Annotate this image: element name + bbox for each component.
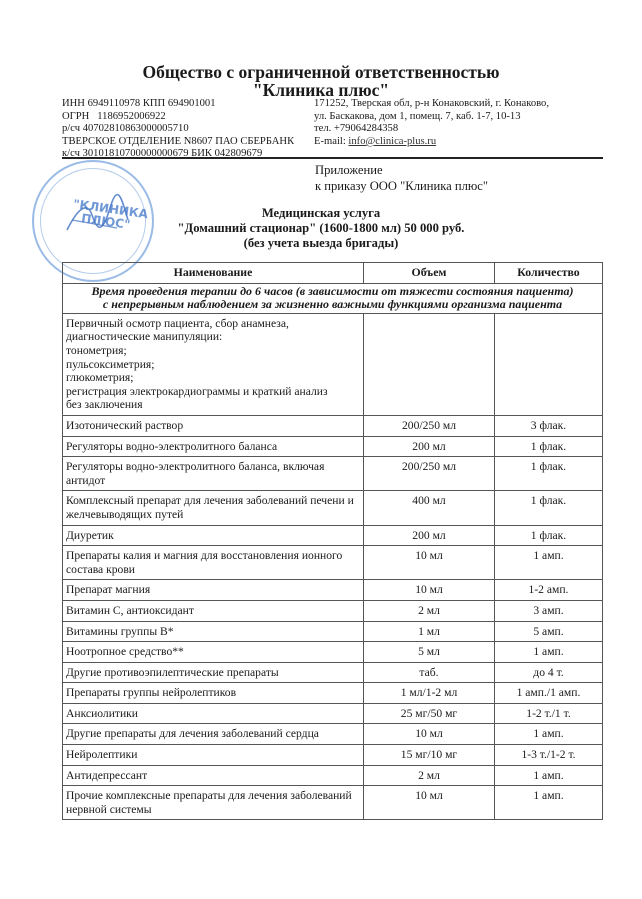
row-qty: 1 флак. — [495, 436, 603, 457]
table-row: Препарат магния10 мл1-2 амп. — [63, 580, 603, 601]
email-label: E-mail: — [314, 136, 348, 147]
section-note-line1: Время проведения терапии до 6 часов (в з… — [65, 285, 600, 298]
row-volume: 2 мл — [364, 600, 495, 621]
org-title-line1: Общество с ограниченной ответственностью — [0, 62, 642, 82]
col-header-volume: Объем — [364, 263, 495, 284]
table-row: Анксиолитики25 мг/50 мг1-2 т./1 т. — [63, 703, 603, 724]
table-row: Прочие комплексные препараты для лечения… — [63, 786, 603, 820]
row-volume: 1 мл — [364, 621, 495, 642]
row-qty: 1 амп. — [495, 724, 603, 745]
service-line2: "Домашний стационар" (1600-1800 мл) 50 0… — [0, 221, 642, 236]
row-volume: 5 мл — [364, 642, 495, 663]
table-row: Препараты калия и магния для восстановле… — [63, 546, 603, 580]
row-name-line: глюкометрия; — [66, 371, 360, 385]
section-note-row: Время проведения терапии до 6 часов (в з… — [63, 284, 603, 314]
org-title-line2: "Клиника плюс" — [0, 80, 642, 100]
row-volume: 400 мл — [364, 491, 495, 525]
section-note: Время проведения терапии до 6 часов (в з… — [63, 284, 603, 314]
table-row: Нейролептики15 мг/10 мг1-3 т./1-2 т. — [63, 745, 603, 766]
appendix-line2: к приказу ООО "Клиника плюс" — [315, 179, 488, 195]
table-row: Диуретик200 мл1 флак. — [63, 525, 603, 546]
row-qty: 1-3 т./1-2 т. — [495, 745, 603, 766]
row-qty: 1-2 амп. — [495, 580, 603, 601]
row-name: Препараты калия и магния для восстановле… — [63, 546, 364, 580]
row-name: Регуляторы водно-электролитного баланса,… — [63, 457, 364, 491]
corr-account: к/сч 30101810700000000679 БИК 042809679 — [62, 148, 294, 161]
row-name: Антидепрессант — [63, 765, 364, 786]
appendix-line1: Приложение — [315, 163, 488, 179]
row-name-line: тонометрия; — [66, 344, 360, 358]
service-line3: (без учета выезда бригады) — [0, 236, 642, 251]
row-qty: 1 амп. — [495, 765, 603, 786]
table-row: Комплексный препарат для лечения заболев… — [63, 491, 603, 525]
row-name: Препараты группы нейролептиков — [63, 683, 364, 704]
table-row: Регуляторы водно-электролитного баланса2… — [63, 436, 603, 457]
row-qty: 1 амп. — [495, 786, 603, 820]
row-name: Препарат магния — [63, 580, 364, 601]
row-name-line: пульсоксиметрия; — [66, 358, 360, 372]
section-note-line2: с непрерывным наблюдением за жизненно ва… — [65, 298, 600, 311]
row-qty: 1 флак. — [495, 491, 603, 525]
org-requisites: ИНН 6949110978 КПП 694901001 ОГРН 118695… — [62, 98, 294, 161]
table-row: Другие препараты для лечения заболеваний… — [63, 724, 603, 745]
row-volume: 10 мл — [364, 546, 495, 580]
col-header-qty: Количество — [495, 263, 603, 284]
row-name: Нейролептики — [63, 745, 364, 766]
row-volume: таб. — [364, 662, 495, 683]
table-row: Регуляторы водно-электролитного баланса,… — [63, 457, 603, 491]
row-name: Прочие комплексные препараты для лечения… — [63, 786, 364, 820]
table-row: Антидепрессант2 мл1 амп. — [63, 765, 603, 786]
row-name: Витамин С, антиоксидант — [63, 600, 364, 621]
table-row: Другие противоэпилептические препаратыта… — [63, 662, 603, 683]
address-line2: ул. Баскакова, дом 1, помещ. 7, каб. 1-7… — [314, 111, 549, 124]
row-volume: 2 мл — [364, 765, 495, 786]
row-volume — [364, 313, 495, 415]
table-row: Витамины группы В*1 мл5 амп. — [63, 621, 603, 642]
table-row: Ноотропное средство**5 мл1 амп. — [63, 642, 603, 663]
row-qty: 1-2 т./1 т. — [495, 703, 603, 724]
row-volume: 200/250 мл — [364, 415, 495, 436]
email-row: E-mail: info@clinica-plus.ru — [314, 136, 549, 149]
row-volume: 200 мл — [364, 436, 495, 457]
address-line1: 171252, Тверская обл, р-н Конаковский, г… — [314, 98, 549, 111]
row-volume: 200 мл — [364, 525, 495, 546]
appendix-note: Приложение к приказу ООО "Клиника плюс" — [315, 163, 488, 194]
table-row: Витамин С, антиоксидант2 мл3 амп. — [63, 600, 603, 621]
row-name: Первичный осмотр пациента, сбор анамнеза… — [63, 313, 364, 415]
row-name-line: регистрация электрокардиограммы и кратки… — [66, 385, 360, 399]
service-title: Медицинская услуга "Домашний стационар" … — [0, 206, 642, 251]
row-name-line: Первичный осмотр пациента, сбор анамнеза… — [66, 317, 360, 331]
col-header-name: Наименование — [63, 263, 364, 284]
row-name: Комплексный препарат для лечения заболев… — [63, 491, 364, 525]
service-table: Наименование Объем Количество Время пров… — [62, 262, 603, 820]
row-volume: 10 мл — [364, 786, 495, 820]
row-qty: 5 амп. — [495, 621, 603, 642]
row-name: Анксиолитики — [63, 703, 364, 724]
row-volume: 10 мл — [364, 724, 495, 745]
row-name-line: диагностические манипуляции: — [66, 330, 360, 344]
row-volume: 25 мг/50 мг — [364, 703, 495, 724]
row-qty: 1 амп./1 амп. — [495, 683, 603, 704]
table-row: Первичный осмотр пациента, сбор анамнеза… — [63, 313, 603, 415]
header-divider — [62, 157, 603, 159]
row-name: Другие препараты для лечения заболеваний… — [63, 724, 364, 745]
bank-name: ТВЕРСКОЕ ОТДЕЛЕНИЕ N8607 ПАО СБЕРБАНК — [62, 136, 294, 149]
row-volume: 10 мл — [364, 580, 495, 601]
row-qty: 3 амп. — [495, 600, 603, 621]
email-link[interactable]: info@clinica-plus.ru — [348, 136, 436, 147]
row-volume: 200/250 мл — [364, 457, 495, 491]
table-row: Препараты группы нейролептиков1 мл/1-2 м… — [63, 683, 603, 704]
row-qty: 1 флак. — [495, 457, 603, 491]
phone: тел. +79064284358 — [314, 123, 549, 136]
bank-account: р/сч 40702810863000005710 — [62, 123, 294, 136]
row-qty: до 4 т. — [495, 662, 603, 683]
row-qty: 3 флак. — [495, 415, 603, 436]
service-line1: Медицинская услуга — [0, 206, 642, 221]
row-name: Регуляторы водно-электролитного баланса — [63, 436, 364, 457]
row-qty — [495, 313, 603, 415]
org-contacts: 171252, Тверская обл, р-н Конаковский, г… — [314, 98, 549, 148]
table-row: Изотонический раствор200/250 мл3 флак. — [63, 415, 603, 436]
row-name: Диуретик — [63, 525, 364, 546]
row-name: Другие противоэпилептические препараты — [63, 662, 364, 683]
row-name: Витамины группы В* — [63, 621, 364, 642]
row-qty: 1 амп. — [495, 642, 603, 663]
inn-kpp: ИНН 6949110978 КПП 694901001 — [62, 98, 294, 111]
row-volume: 1 мл/1-2 мл — [364, 683, 495, 704]
table-header-row: Наименование Объем Количество — [63, 263, 603, 284]
row-volume: 15 мг/10 мг — [364, 745, 495, 766]
row-name-line: без заключения — [66, 398, 360, 412]
row-qty: 1 флак. — [495, 525, 603, 546]
row-name: Изотонический раствор — [63, 415, 364, 436]
row-qty: 1 амп. — [495, 546, 603, 580]
ogrn: ОГРН 1186952006922 — [62, 111, 294, 124]
row-name: Ноотропное средство** — [63, 642, 364, 663]
